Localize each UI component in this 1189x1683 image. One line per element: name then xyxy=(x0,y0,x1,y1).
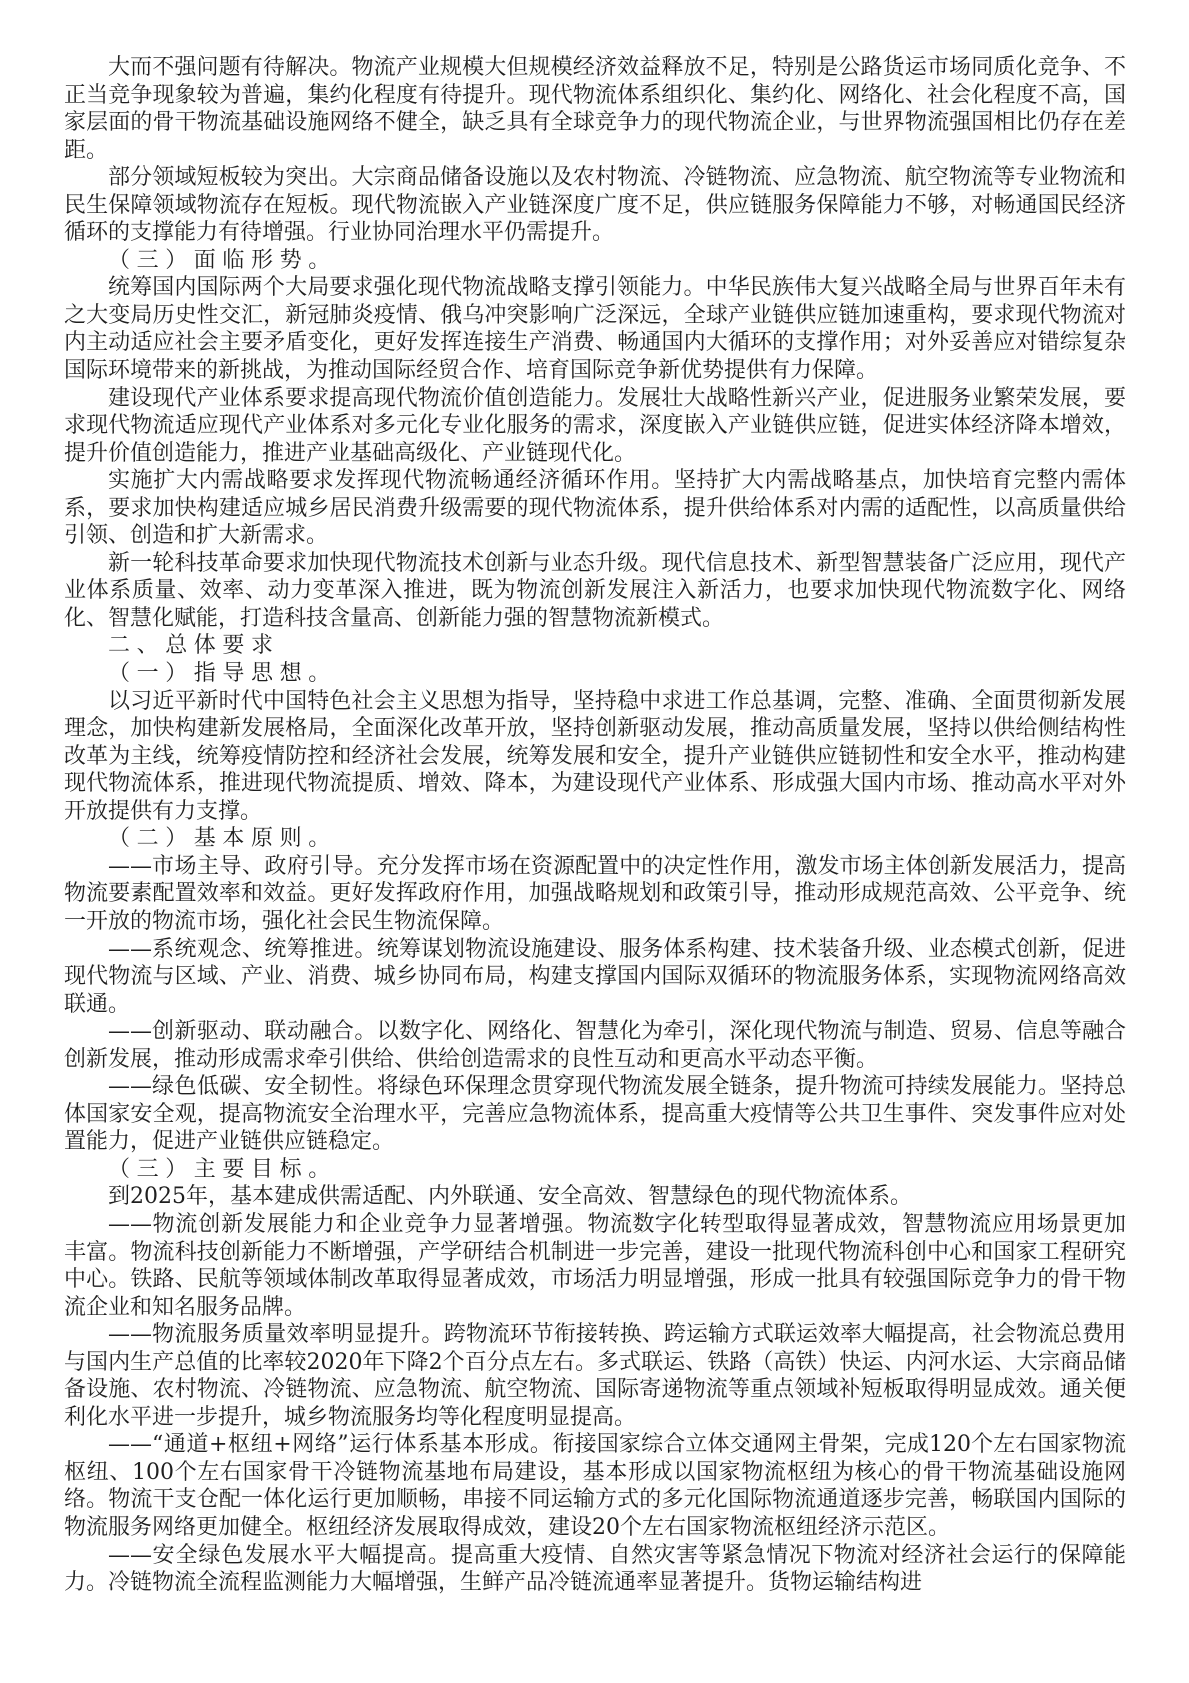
paragraph-lead: 市场主导、政府引导。 xyxy=(152,854,377,879)
paragraph: ——安全绿色发展水平大幅提高。提高重大疫情、自然灾害等紧急情况下物流对经济社会运… xyxy=(64,1542,1126,1597)
sub-heading: （一）指导思想。 xyxy=(64,660,1126,688)
paragraph: ——绿色低碳、安全韧性。将绿色环保理念贯穿现代物流发展全链条，提升物流可持续发展… xyxy=(64,1073,1126,1156)
paragraph: 统筹国内国际两个大局要求强化现代物流战略支撑引领能力。中华民族伟大复兴战略全局与… xyxy=(64,274,1126,384)
em-dash-marker: —— xyxy=(108,854,152,879)
document-body: 大而不强问题有待解决。物流产业规模大但规模经济效益释放不足，特别是公路货运市场同… xyxy=(64,54,1126,1597)
em-dash-marker: —— xyxy=(108,1074,152,1099)
paragraph: 部分领域短板较为突出。大宗商品储备设施以及农村物流、冷链物流、应急物流、航空物流… xyxy=(64,164,1126,247)
paragraph: 实施扩大内需战略要求发挥现代物流畅通经济循环作用。坚持扩大内需战略基点，加快培育… xyxy=(64,467,1126,550)
paragraph: 建设现代产业体系要求提高现代物流价值创造能力。发展壮大战略性新兴产业，促进服务业… xyxy=(64,385,1126,468)
paragraph: 大而不强问题有待解决。物流产业规模大但规模经济效益释放不足，特别是公路货运市场同… xyxy=(64,54,1126,164)
paragraph: ——物流服务质量效率明显提升。跨物流环节衔接转换、跨运输方式联运效率大幅提高，社… xyxy=(64,1321,1126,1431)
sub-heading: （二）基本原则。 xyxy=(64,825,1126,853)
paragraph: ——创新驱动、联动融合。以数字化、网络化、智慧化为牵引，深化现代物流与制造、贸易… xyxy=(64,1018,1126,1073)
paragraph-lead: 创新驱动、联动融合。 xyxy=(152,1019,377,1044)
paragraph-lead: 系统观念、统筹推进。 xyxy=(152,937,377,962)
paragraph-lead: “通道+枢纽+网络”运行体系基本形成。 xyxy=(152,1432,553,1457)
sub-heading: （三）主要目标。 xyxy=(64,1156,1126,1184)
paragraph-lead: 绿色低碳、安全韧性。 xyxy=(152,1074,377,1099)
em-dash-marker: —— xyxy=(108,1543,152,1568)
paragraph: ——市场主导、政府引导。充分发挥市场在资源配置中的决定性作用，激发市场主体创新发… xyxy=(64,853,1126,936)
em-dash-marker: —— xyxy=(108,1212,152,1237)
paragraph-lead: 物流创新发展能力和企业竞争力显著增强。 xyxy=(152,1212,587,1237)
paragraph: 新一轮科技革命要求加快现代物流技术创新与业态升级。现代信息技术、新型智慧装备广泛… xyxy=(64,550,1126,633)
em-dash-marker: —— xyxy=(108,1432,152,1457)
em-dash-marker: —— xyxy=(108,1322,152,1347)
document-page: 大而不强问题有待解决。物流产业规模大但规模经济效益释放不足，特别是公路货运市场同… xyxy=(0,0,1189,1683)
paragraph-lead: 安全绿色发展水平大幅提高。 xyxy=(152,1543,451,1568)
paragraph: ——系统观念、统筹推进。统筹谋划物流设施建设、服务体系构建、技术装备升级、业态模… xyxy=(64,936,1126,1019)
paragraph: 以习近平新时代中国特色社会主义思想为指导，坚持稳中求进工作总基调，完整、准确、全… xyxy=(64,688,1126,826)
em-dash-marker: —— xyxy=(108,1019,152,1044)
paragraph: 到2025年，基本建成供需适配、内外联通、安全高效、智慧绿色的现代物流体系。 xyxy=(64,1183,1126,1211)
paragraph: ——“通道+枢纽+网络”运行体系基本形成。衔接国家综合立体交通网主骨架，完成12… xyxy=(64,1431,1126,1541)
sub-heading: （三）面临形势。 xyxy=(64,247,1126,275)
paragraph-lead: 物流服务质量效率明显提升。 xyxy=(152,1322,444,1347)
em-dash-marker: —— xyxy=(108,937,152,962)
paragraph: ——物流创新发展能力和企业竞争力显著增强。物流数字化转型取得显著成效，智慧物流应… xyxy=(64,1211,1126,1321)
section-heading: 二、总体要求 xyxy=(64,632,1126,660)
